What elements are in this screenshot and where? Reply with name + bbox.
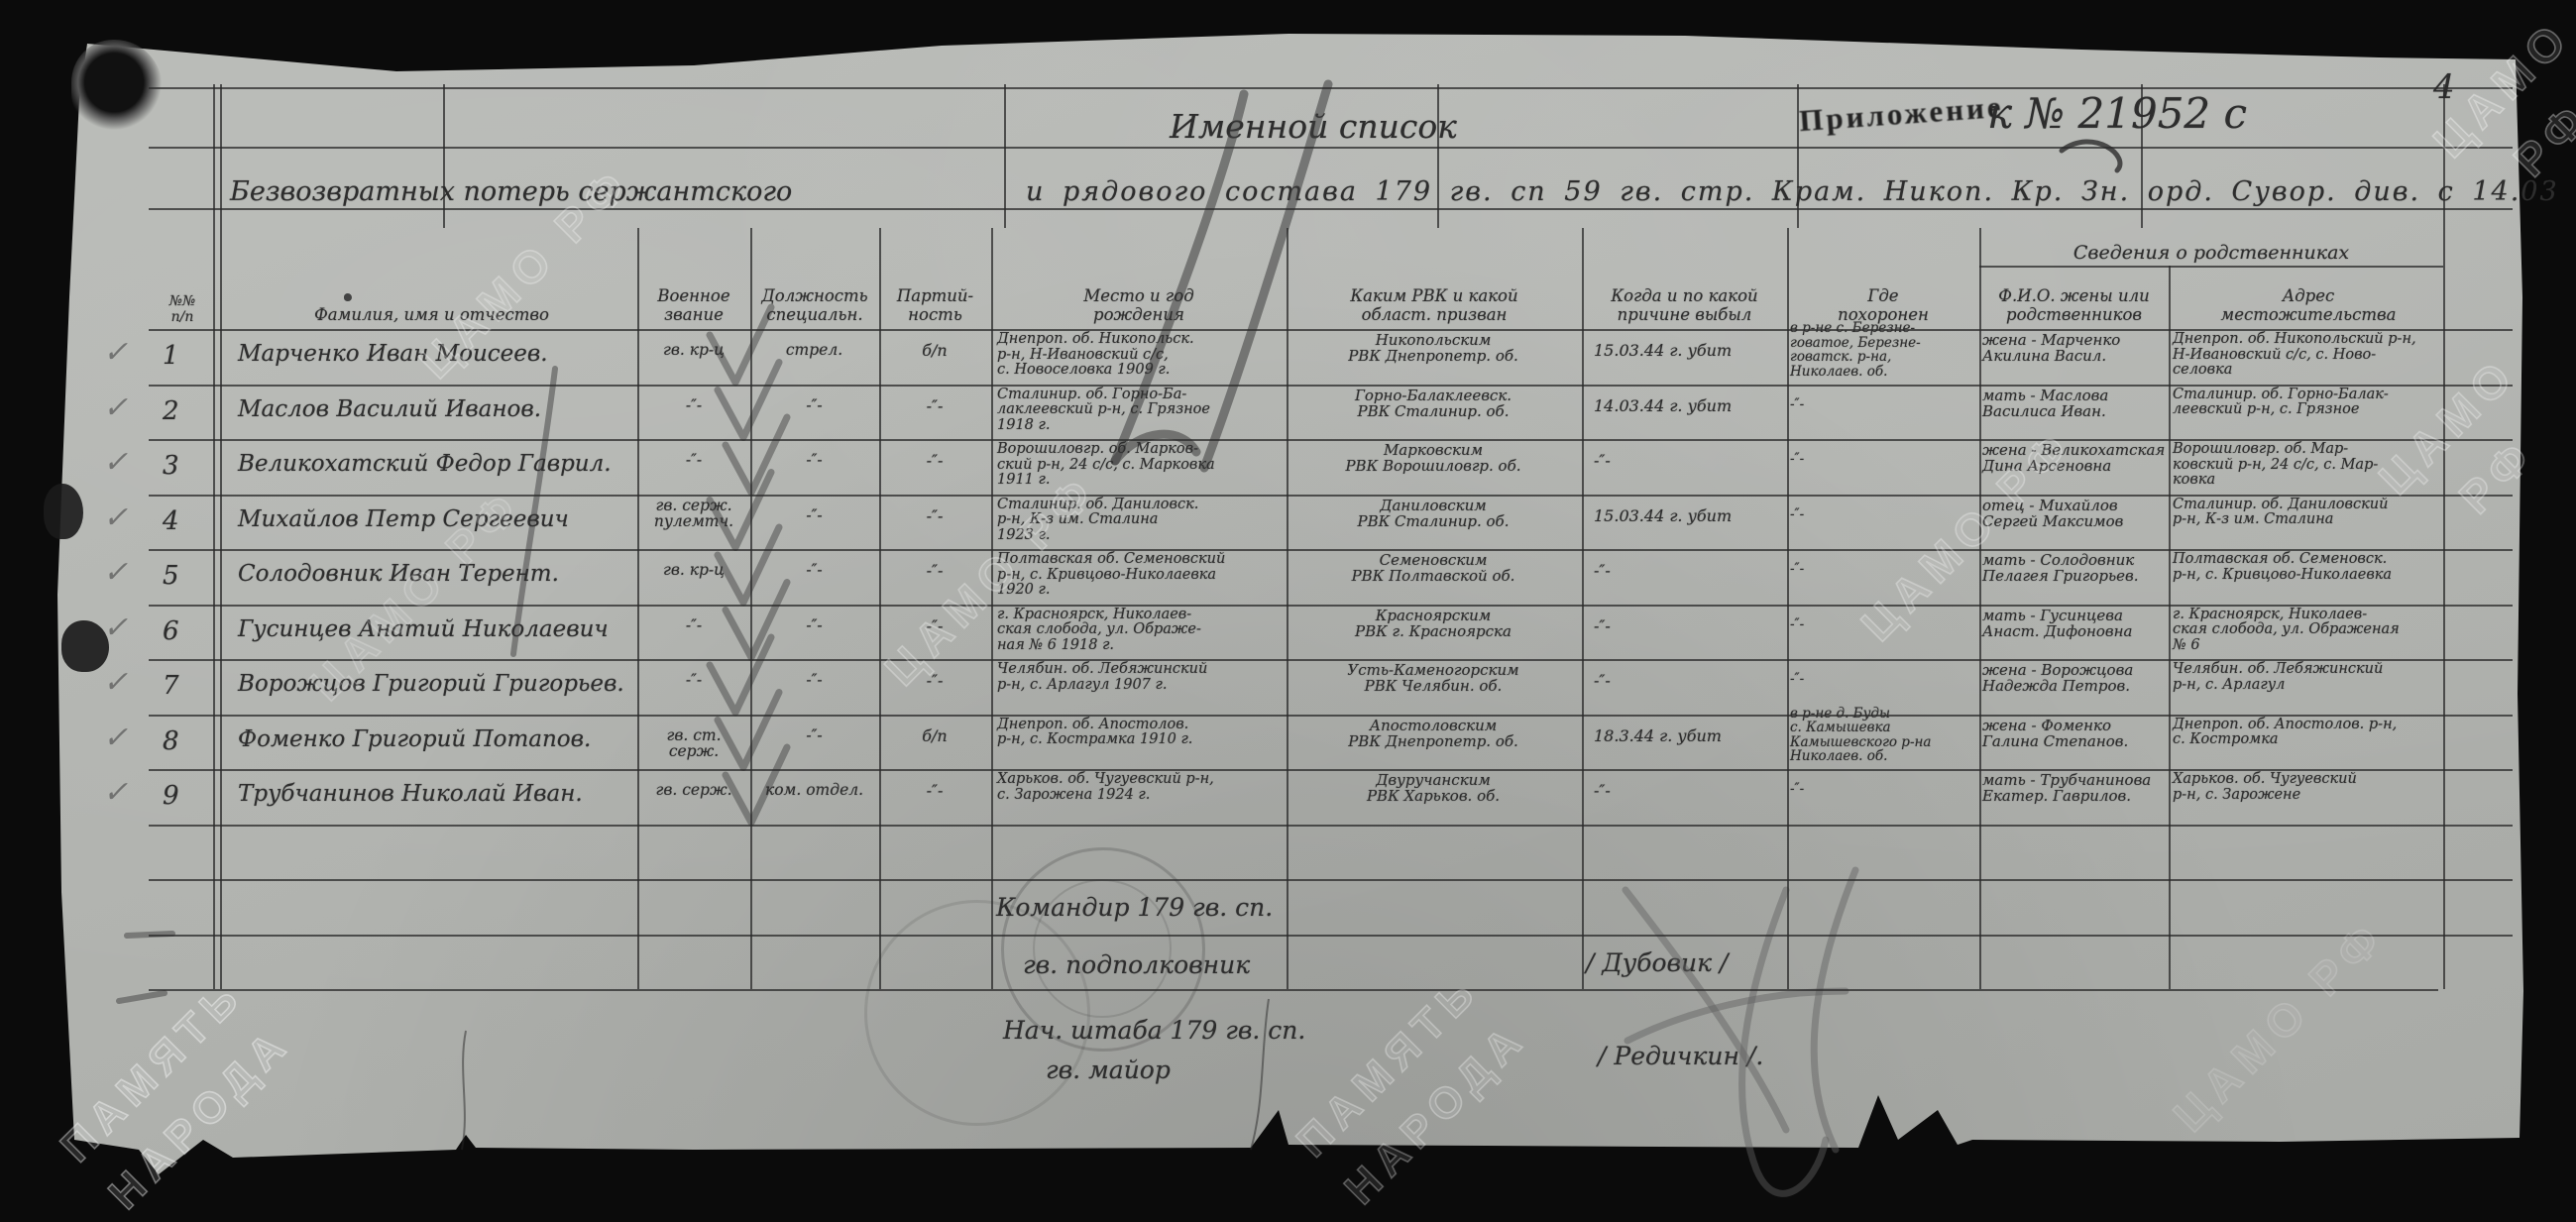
cell-fate: 14.03.44 г. убит <box>1588 397 1790 414</box>
rule-line-horizontal <box>149 208 2513 210</box>
rule-line-vertical <box>1004 84 1006 228</box>
column-header: Партий- ность <box>881 234 989 325</box>
cell-relative: мать - Маслова Василиса Иван. <box>1982 388 2167 419</box>
cell-burial: -″- <box>1790 397 1976 412</box>
rule-line-vertical <box>443 84 445 228</box>
cell-name: Ворожцов Григорий Григорьев. <box>238 672 634 697</box>
rule-line-vertical <box>1582 228 1584 989</box>
large-pencil-scribble-bottom <box>1625 870 1855 1193</box>
cell-check: ✓ <box>103 392 143 424</box>
cell-fate: -″- <box>1588 562 1790 579</box>
cell-fate: -″- <box>1588 672 1790 689</box>
cell-fate: 15.03.44 г. убит <box>1588 342 1790 359</box>
cell-rank: -″- <box>639 617 748 634</box>
rule-line-horizontal <box>149 87 2513 89</box>
cell-position: ком. отдел. <box>751 782 877 799</box>
cell-position: -″- <box>751 672 877 689</box>
cell-birth: Харьков. об. Чугуевский р-н, с. Зарожена… <box>997 772 1285 803</box>
cell-num: 2 <box>149 397 228 425</box>
cell-num: 5 <box>149 562 228 590</box>
cell-address: Полтавская об. Семеновск. р-н, с. Кривцо… <box>2173 552 2531 583</box>
cell-num: 4 <box>149 507 228 535</box>
rule-line-horizontal <box>149 147 2513 149</box>
cell-check: ✓ <box>103 777 143 809</box>
rule-line-horizontal <box>149 825 2513 827</box>
cell-check: ✓ <box>103 722 143 754</box>
cell-position: -″- <box>751 507 877 524</box>
rule-line-horizontal <box>149 715 2513 717</box>
cell-birth: Днепроп. об. Никопольск. р-н, Н-Ивановск… <box>997 332 1285 379</box>
cell-num: 6 <box>149 617 228 645</box>
scanned-document-screenshot: Приложение к № 21952 с 4 Именной список … <box>0 0 2576 1222</box>
cell-address: Челябин. об. Лебяжинский р-н, с. Арлагул <box>2173 662 2531 693</box>
rule-line-vertical <box>1979 228 1981 989</box>
column-header: Когда и по какой причине выбыл <box>1584 234 1785 325</box>
cell-party: б/п <box>880 727 989 744</box>
cell-rvk: Горно-Балаклеевск. РВК Сталинир. об. <box>1288 388 1578 419</box>
cell-position: -″- <box>751 397 877 414</box>
rule-line-horizontal <box>149 769 2513 771</box>
cell-rank: гв. серж. <box>639 782 748 799</box>
cell-relative: мать - Гусинцева Анаст. Дифоновна <box>1982 608 2167 639</box>
cell-birth: Сталинир. об. Горно-Ба- лаклеевский р-н,… <box>997 388 1285 434</box>
cell-burial: -″- <box>1790 672 1976 687</box>
cell-fate: -″- <box>1588 782 1790 799</box>
cell-burial: -″- <box>1790 782 1976 797</box>
cell-check: ✓ <box>103 667 143 699</box>
rule-line-vertical <box>220 84 222 989</box>
cell-relative: жена - Фоменко Галина Степанов. <box>1982 718 2167 749</box>
rule-line-horizontal <box>149 385 2513 387</box>
cell-birth: г. Красноярск, Николаев- ская слобода, у… <box>997 608 1285 654</box>
column-header: Ф.И.О. жены или родственников <box>1981 234 2167 325</box>
cell-rvk: Двуручанским РВК Харьков. об. <box>1288 772 1578 804</box>
cell-address: г. Красноярск, Николаев- ская слобода, у… <box>2173 608 2531 654</box>
rule-line-horizontal <box>149 879 2513 881</box>
cell-num: 8 <box>149 727 228 755</box>
column-header: №№ п/п <box>141 234 224 325</box>
cell-rank: -″- <box>639 397 748 414</box>
cell-birth: Днепроп. об. Апостолов. р-н, с. Кострамк… <box>997 718 1285 748</box>
cell-position: стрел. <box>751 342 877 359</box>
cell-rank: гв. ст. серж. <box>639 727 748 760</box>
column-header: Военное звание <box>639 234 748 325</box>
cell-check: ✓ <box>103 557 143 589</box>
cell-rvk: Никопольским РВК Днепропетр. об. <box>1288 332 1578 364</box>
cell-position: -″- <box>751 727 877 744</box>
column-header: Где похоронен <box>1789 234 1977 325</box>
rule-line-horizontal <box>149 659 2513 661</box>
cell-rvk: Усть-Каменогорским РВК Челябин. об. <box>1288 662 1578 694</box>
cell-num: 3 <box>149 452 228 480</box>
rule-line-horizontal <box>149 989 2438 991</box>
cell-num: 7 <box>149 672 228 700</box>
cell-relative: жена - Ворожцова Надежда Петров. <box>1982 662 2167 694</box>
cell-num: 1 <box>149 342 228 370</box>
cell-burial: в р-не д. Буды с. Камышевка Камышевского… <box>1790 707 1976 764</box>
column-header: Должность специальн. <box>752 234 877 325</box>
rule-line-vertical <box>2141 84 2143 228</box>
cell-burial: в р-не с. Березне- говатое, Березне- гов… <box>1790 321 1976 379</box>
rule-line-horizontal <box>149 605 2513 607</box>
cell-name: Трубчанинов Николай Иван. <box>238 782 634 807</box>
cell-position: -″- <box>751 452 877 469</box>
cell-rvk: Семеновским РВК Полтавской об. <box>1288 552 1578 584</box>
cell-check: ✓ <box>103 447 143 479</box>
cell-relative: мать - Солодовник Пелагея Григорьев. <box>1982 552 2167 584</box>
cell-burial: -″- <box>1790 452 1976 467</box>
cell-check: ✓ <box>103 612 143 644</box>
cell-rank: гв. кр-ц <box>639 342 748 359</box>
cell-rank: -″- <box>639 452 748 469</box>
cell-relative: жена - Марченко Акилина Васил. <box>1982 332 2167 364</box>
rule-line-horizontal <box>149 935 2513 937</box>
cell-name: Фоменко Григорий Потапов. <box>238 727 634 752</box>
column-header: Место и год рождения <box>993 234 1285 325</box>
cell-check: ✓ <box>103 337 143 369</box>
cell-fate: 18.3.44 г. убит <box>1588 727 1790 744</box>
cell-fate: -″- <box>1588 617 1790 634</box>
cell-name: Маслов Василий Иванов. <box>238 397 634 422</box>
cell-rvk: Даниловским РВК Сталинир. об. <box>1288 498 1578 529</box>
cell-name: Великохатский Федор Гаврил. <box>238 452 634 477</box>
cell-party: -″- <box>880 397 989 414</box>
column-header: Адрес местожительства <box>2171 234 2446 325</box>
cell-rvk: Апостоловским РВК Днепропетр. об. <box>1288 718 1578 749</box>
rule-line-vertical <box>1797 84 1799 228</box>
cell-position: -″- <box>751 562 877 579</box>
cell-rvk: Красноярским РВК г. Красноярска <box>1288 608 1578 639</box>
rule-line-vertical <box>2169 266 2171 989</box>
rule-line-vertical <box>213 84 215 989</box>
column-header: Каким РВК и какой област. призван <box>1288 234 1580 325</box>
cell-birth: Челябин. об. Лебяжинский р-н, с. Арлагул… <box>997 662 1285 693</box>
cell-relative: мать - Трубчанинова Екатер. Гаврилов. <box>1982 772 2167 804</box>
cell-party: -″- <box>880 782 989 799</box>
cell-rank: гв. кр-ц <box>639 562 748 579</box>
cell-party: -″- <box>880 452 989 469</box>
cell-fate: 15.03.44 г. убит <box>1588 507 1790 524</box>
cell-rank: гв. серж. пулемтч. <box>639 498 748 530</box>
cell-address: Днепроп. об. Апостолов. р-н, с. Костромк… <box>2173 718 2531 748</box>
cell-rank: -″- <box>639 672 748 689</box>
paper-cracks <box>462 999 1269 1150</box>
cell-rvk: Марковским РВК Ворошиловгр. об. <box>1288 442 1578 474</box>
cell-party: б/п <box>880 342 989 359</box>
cell-address: Харьков. об. Чугуевский р-н, с. Зарожене <box>2173 772 2531 803</box>
cell-check: ✓ <box>103 502 143 534</box>
cell-num: 9 <box>149 782 228 810</box>
cell-fate: -″- <box>1588 452 1790 469</box>
rule-line-vertical <box>1437 84 1439 228</box>
cell-position: -″- <box>751 617 877 634</box>
cell-party: -″- <box>880 507 989 524</box>
